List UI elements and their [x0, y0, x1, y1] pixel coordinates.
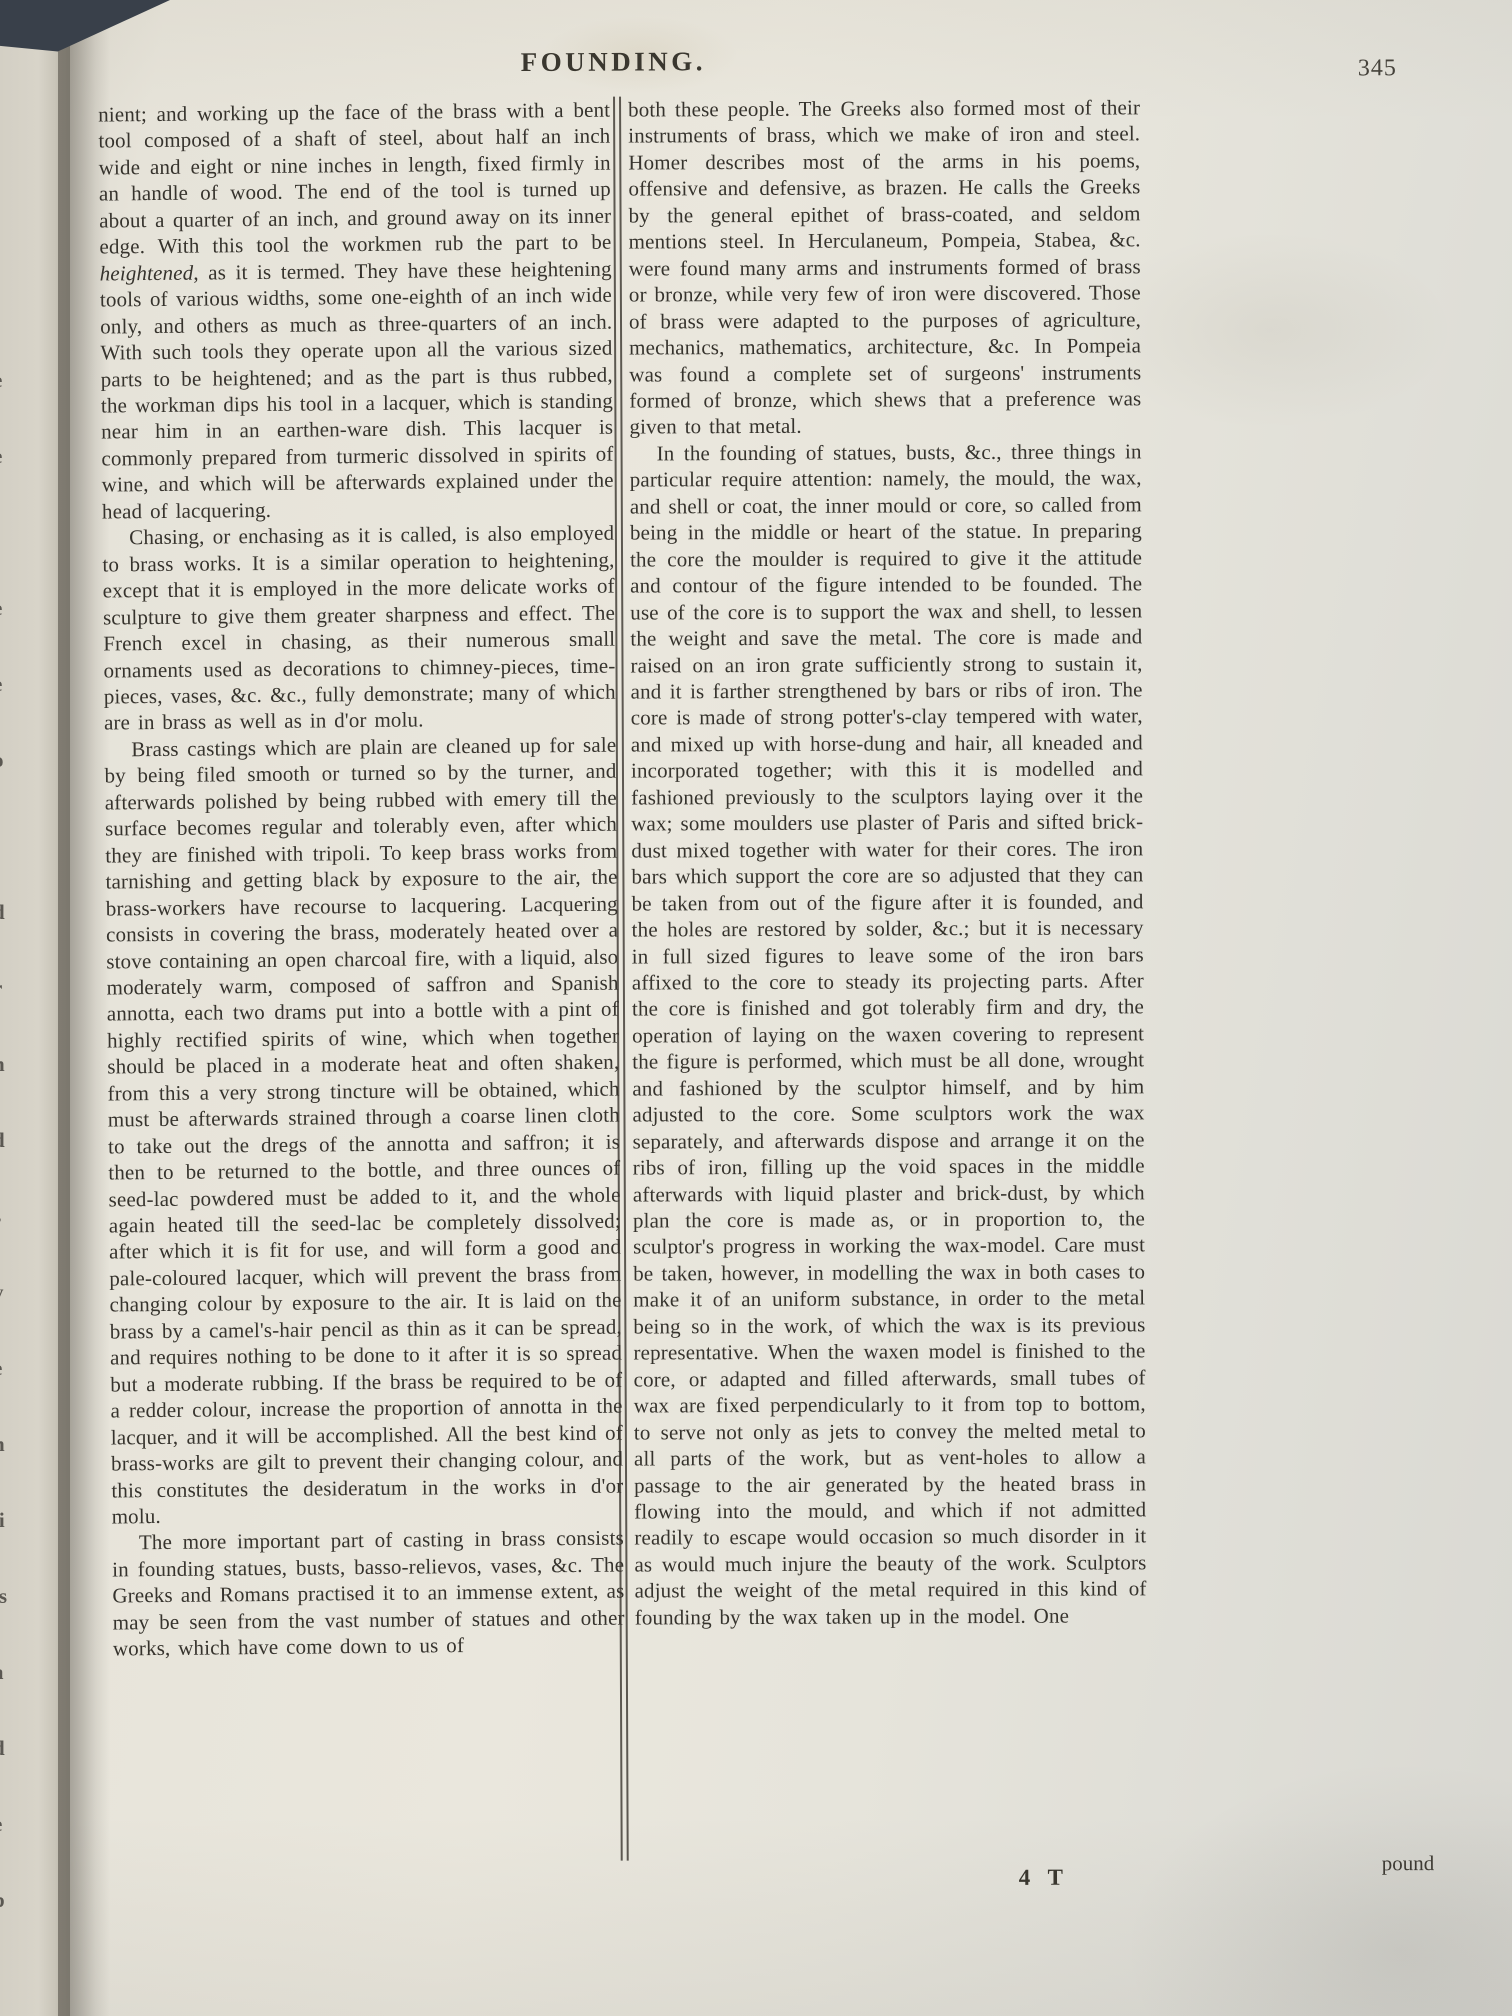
right-column: both these people. The Greeks also forme…	[628, 94, 1147, 1631]
text-segment: In the founding of statues, busts, &c., …	[630, 439, 1147, 1629]
paragraph: nient; and working up the face of the br…	[98, 97, 614, 525]
text-segment: Chasing, or enchasing as it is called, i…	[102, 521, 615, 735]
paragraph: both these people. The Greeks also forme…	[628, 94, 1141, 440]
text-segment: , as it is termed. They have these heigh…	[100, 256, 614, 523]
text-segment: nient; and working up the face of the br…	[98, 98, 611, 259]
paragraph: Brass castings which are plain are clean…	[104, 731, 624, 1529]
left-column: nient; and working up the face of the br…	[98, 97, 625, 1663]
signature-mark: 4 T	[979, 1864, 1109, 1891]
paragraph: The more important part of casting in br…	[112, 1525, 625, 1662]
page-title: FOUNDING.	[0, 44, 1231, 80]
text-segment: both these people. The Greeks also forme…	[628, 95, 1141, 439]
italic-text: heightened	[100, 260, 194, 285]
text-segment: The more important part of casting in br…	[112, 1526, 625, 1661]
text-block: FOUNDING. 345 nient; and working up the …	[0, 0, 1512, 2016]
catchword: pound	[1382, 1851, 1435, 1876]
text-segment: Brass castings which are plain are clean…	[104, 732, 623, 1528]
paragraph: Chasing, or enchasing as it is called, i…	[102, 520, 616, 737]
page-number: 345	[1358, 55, 1397, 82]
paragraph: In the founding of statues, busts, &c., …	[630, 438, 1147, 1631]
